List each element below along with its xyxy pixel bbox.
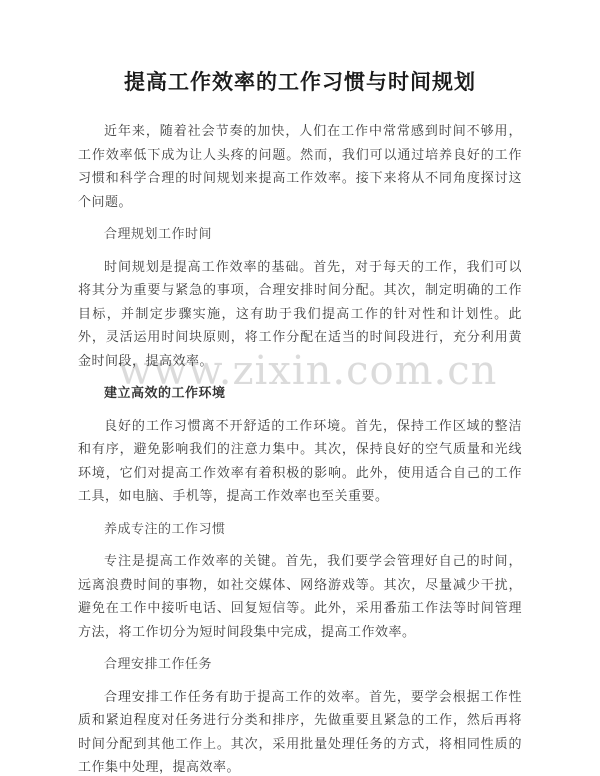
paragraph: 良好的工作习惯离不开舒适的工作环境。首先，保持工作区域的整洁和有序，避免影响我们… [78,415,522,509]
paragraph: 合理安排工作任务有助于提高工作的效率。首先，要学会根据工作性质和紧迫程度对任务进… [78,686,522,776]
paragraph: 时间规划是提高工作效率的基础。首先，对于每天的工作，我们可以将其分为重要与紧急的… [78,256,522,374]
section-heading: 建立高效的工作环境 [78,382,522,406]
document-title: 提高工作效率的工作习惯与时间规划 [78,68,522,98]
section-heading: 合理安排工作任务 [78,653,522,677]
section-heading: 养成专注的工作习惯 [78,518,522,542]
section-heading: 合理规划工作时间 [78,223,522,247]
document-body: 近年来，随着社会节奏的加快，人们在工作中常常感到时间不够用，工作效率低下成为让人… [78,120,522,776]
paragraph: 专注是提高工作效率的关键。首先，我们要学会管理好自己的时间，远离浪费时间的事物，… [78,550,522,644]
paragraph: 近年来，随着社会节奏的加快，人们在工作中常常感到时间不够用，工作效率低下成为让人… [78,120,522,214]
document-page: www.zixin.com.cn 提高工作效率的工作习惯与时间规划 近年来，随着… [0,0,600,776]
